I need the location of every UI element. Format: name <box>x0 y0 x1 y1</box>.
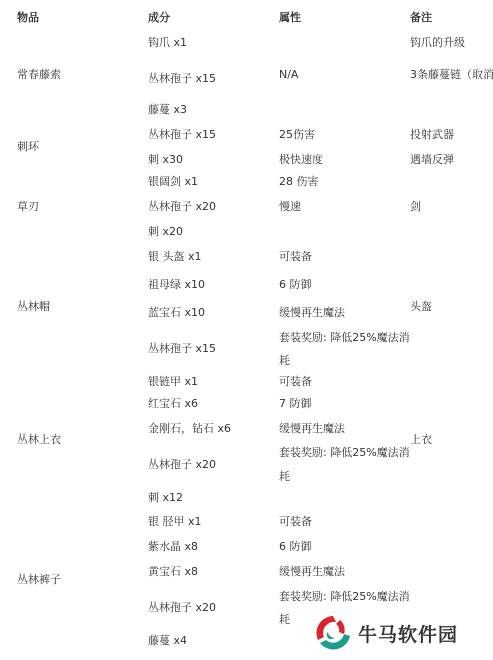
attribute: 缓慢再生魔法 <box>279 306 345 320</box>
item-name: 常春藤索 <box>17 68 61 82</box>
attribute: 缓慢再生魔法 <box>279 422 345 436</box>
note: 遇墙反弹 <box>410 153 454 167</box>
ingredient: 刺 x30 <box>148 153 183 167</box>
item-name: 丛林上衣 <box>17 433 61 447</box>
ingredient: 蓝宝石 x10 <box>148 306 205 320</box>
ingredient: 钩爪 x1 <box>148 36 187 50</box>
ingredient: 丛林孢子 x20 <box>148 601 216 615</box>
attribute: 6 防御 <box>279 278 312 292</box>
item-name: 丛林帽 <box>17 300 50 314</box>
note: 头盔 <box>410 300 432 314</box>
ingredient: 紫水晶 x8 <box>148 540 198 554</box>
attribute: 极快速度 <box>279 153 323 167</box>
ingredient: 藤蔓 x3 <box>148 103 187 117</box>
item-name: 刺环 <box>17 140 39 154</box>
header-notes: 备注 <box>410 11 432 25</box>
note: 钩爪的升级 <box>410 36 465 50</box>
note: 上衣 <box>410 433 432 447</box>
attribute: 套装奖励: 降低25%魔法消 <box>279 446 410 460</box>
attribute: 慢速 <box>279 200 301 214</box>
attribute: 6 防御 <box>279 540 312 554</box>
header-item: 物品 <box>17 11 39 25</box>
ingredient: 丛林孢子 x20 <box>148 458 216 472</box>
attribute: 缓慢再生魔法 <box>279 565 345 579</box>
ingredient: 丛林孢子 x15 <box>148 72 216 86</box>
attribute: N/A <box>279 68 298 82</box>
ingredient: 银 胫甲 x1 <box>148 515 202 529</box>
header-ingredients: 成分 <box>148 11 170 25</box>
attribute: 套装奖励: 降低25%魔法消 <box>279 590 410 604</box>
ingredient: 丛林孢子 x15 <box>148 342 216 356</box>
attribute: 可装备 <box>279 515 312 529</box>
ingredient: 祖母绿 x10 <box>148 278 205 292</box>
ingredient: 银 头盔 x1 <box>148 250 202 264</box>
attribute: 可装备 <box>279 375 312 389</box>
ingredient: 金刚石，钻石 x6 <box>148 422 231 436</box>
attribute: 7 防御 <box>279 397 312 411</box>
ingredient: 刺 x20 <box>148 225 183 239</box>
attribute: 28 伤害 <box>279 175 319 189</box>
attribute: 可装备 <box>279 250 312 264</box>
ingredient: 黄宝石 x8 <box>148 565 198 579</box>
watermark: 牛马软件园 <box>310 610 493 656</box>
attribute: 耗 <box>279 613 290 627</box>
ingredient: 刺 x12 <box>148 491 183 505</box>
ingredient: 丛林孢子 x20 <box>148 200 216 214</box>
attribute: 套装奖励: 降低25%魔法消 <box>279 331 410 345</box>
ingredient: 银阔剑 x1 <box>148 175 198 189</box>
attribute: 25伤害 <box>279 128 315 142</box>
ingredient: 丛林孢子 x15 <box>148 128 216 142</box>
note: 投射武器 <box>410 128 454 142</box>
ingredient: 银链甲 x1 <box>148 375 198 389</box>
ingredient: 藤蔓 x4 <box>148 634 187 648</box>
attribute: 耗 <box>279 470 290 484</box>
header-attributes: 属性 <box>279 11 301 25</box>
item-name: 丛林裤子 <box>17 573 61 587</box>
ingredient: 红宝石 x6 <box>148 397 198 411</box>
swirl-logo-icon <box>310 610 356 656</box>
attribute: 耗 <box>279 354 290 368</box>
note: 3条藤蔓链（取消 <box>410 68 493 82</box>
watermark-text: 牛马软件园 <box>358 620 458 647</box>
item-name: 草刃 <box>17 200 39 214</box>
note: 剑 <box>410 200 421 214</box>
